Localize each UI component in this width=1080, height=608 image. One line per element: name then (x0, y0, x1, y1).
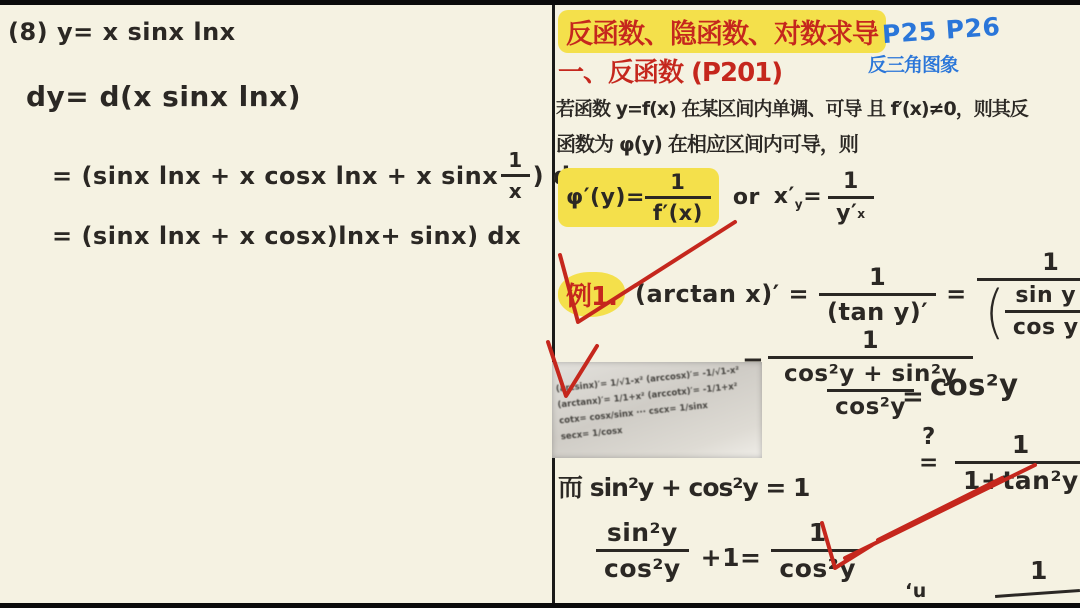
or-label: or (733, 185, 760, 210)
question-mark: ? (922, 424, 936, 450)
theorem-line-1: 若函数 y=f(x) 在某区间内单调、可导 且 f′(x)≠0，则其反 (556, 94, 1080, 121)
fraction-denominator: cos²y (827, 389, 914, 420)
fraction-numerator: 1 (1034, 248, 1067, 278)
result-fraction: 1 1+tan²y (955, 430, 1080, 495)
inner-fraction-siny-over-cosy: sin y cos y (1005, 283, 1080, 340)
x-prime-lhs: x′y= (774, 184, 822, 211)
theorem-line-2: 函数为 φ(y) 在相应区间内可导，则 (556, 128, 858, 157)
fraction-denominator: 1+tan²y (955, 461, 1080, 495)
fraction-numerator: 1 (500, 148, 530, 174)
fraction-denominator: ( sin y cos y )′ (977, 278, 1080, 340)
arctan-lhs: (arctan x)′ = (635, 280, 809, 308)
fraction-one-over-siny-cosy: 1 ( sin y cos y )′ (977, 248, 1080, 340)
fraction-one-over-tany-prime: 1 (tan y)′ (819, 263, 936, 326)
fraction-numerator: 1 (1004, 430, 1038, 461)
lesson-title: 反函数、隐函数、对数求导 (558, 10, 886, 53)
fraction-denominator: f′(x) (645, 196, 711, 225)
photo-formula-text: (arcsinx)′= 1/√1-x² (arccosx)′= -1/√1-x²… (555, 363, 745, 446)
fraction-one-over-y-prime: 1 y′x (828, 169, 873, 226)
column-divider (552, 5, 555, 603)
result-cos-squared: cos²y (930, 368, 1018, 402)
fraction-denominator: cos y (1005, 310, 1080, 340)
fraction-denominator: (tan y)′ (819, 293, 936, 326)
equals-sign: = (946, 280, 967, 308)
fraction-numerator: 1 (861, 263, 894, 293)
fraction-numerator: sin²y (599, 518, 686, 549)
example-label: 例1. (558, 272, 625, 317)
highlighted-formula: φ′(y)= 1 f′(x) (558, 168, 719, 227)
fraction-one-over-x: 1 x (500, 148, 530, 203)
fraction-denominator: x (501, 174, 530, 203)
phi-prime-lhs: φ′(y)= (566, 185, 645, 210)
derivation-line-1: (8) y= x sinx lnx (8, 18, 236, 46)
identity-derivation: sin²y cos²y +1= 1 cos²y (596, 518, 864, 583)
fraction-numerator: 1 (662, 170, 693, 196)
inverse-derivative-formula: φ′(y)= 1 f′(x) or x′y= 1 y′x (558, 168, 874, 227)
section-heading: 一、反函数 (P201) (558, 52, 782, 89)
blue-note: 反三角图象 (868, 50, 958, 77)
partial-writing: ʻu (905, 580, 927, 602)
equals-sign: = (902, 382, 924, 412)
letterbox-top (0, 0, 1080, 5)
fraction-numerator: 1 (835, 169, 867, 196)
fraction-numerator: sin y (1007, 283, 1080, 310)
fraction-denominator: cos²y (771, 549, 864, 583)
fraction-denominator: cos²y (596, 549, 689, 583)
fraction-numerator: 1 (854, 326, 887, 356)
fraction-sin2-over-cos2: sin²y cos²y (596, 518, 689, 583)
letterbox-bottom (0, 603, 1080, 608)
equals-sign: = (919, 450, 939, 476)
identity-note: 而 sin²y + cos²y = 1 (558, 468, 809, 504)
formula-photo-inset: (arcsinx)′= 1/√1-x² (arccosx)′= -1/√1-x²… (552, 362, 762, 458)
derivation-line-3-text: = (sinx lnx + x cosx lnx + x sinx (52, 162, 498, 190)
fraction-denominator: y′x (828, 196, 873, 226)
partial-fraction-numerator: 1 (1030, 556, 1048, 585)
plus-one-equals: +1= (701, 543, 762, 572)
open-paren: ( (985, 285, 1005, 337)
fraction-one-over-cos2: 1 cos²y (771, 518, 864, 583)
fraction-one-over-f-prime: 1 f′(x) (645, 170, 711, 225)
fraction-numerator: 1 (801, 518, 835, 549)
derivation-line-4: = (sinx lnx + x cosx)lnx+ sinx) dx (52, 222, 521, 250)
derivation-line-3: = (sinx lnx + x cosx lnx + x sinx 1 x ) … (52, 148, 587, 203)
derivation-line-2: dy= d(x sinx lnx) (26, 80, 301, 113)
